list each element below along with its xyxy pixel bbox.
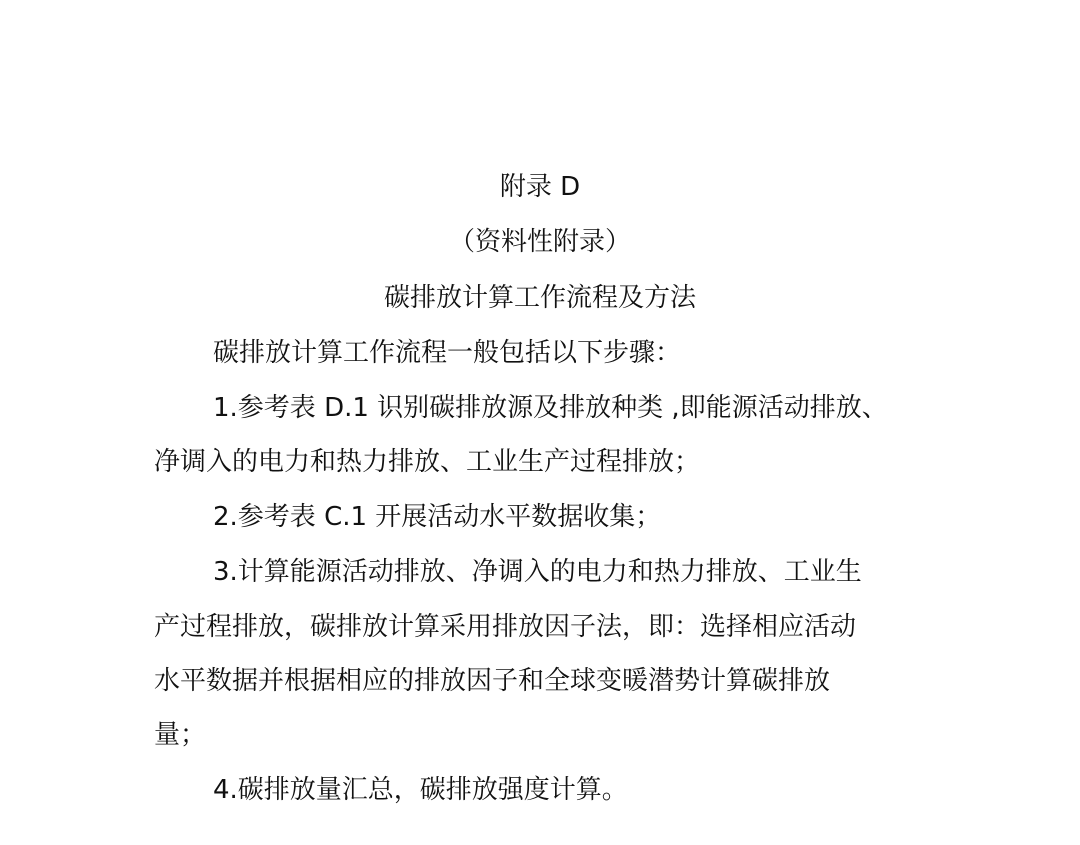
- section-title: 碳排放计算工作流程及方法: [0, 281, 1080, 315]
- document-page: 附录 D （资料性附录） 碳排放计算工作流程及方法 碳排放计算工作流程一般包括以…: [0, 0, 1080, 845]
- step-3-line-3: 水平数据并根据相应的排放因子和全球变暖潜势计算碳排放: [154, 664, 830, 698]
- step-3-line-1: 3.计算能源活动排放、净调入的电力和热力排放、工业生: [213, 555, 862, 589]
- appendix-type: （资料性附录）: [0, 225, 1080, 259]
- step-1-line-2: 净调入的电力和热力排放、工业生产过程排放；: [154, 445, 700, 479]
- step-4-line-1: 4.碳排放量汇总，碳排放强度计算。: [213, 773, 628, 807]
- appendix-title: 附录 D: [0, 170, 1080, 204]
- step-1-line-1: 1.参考表 D.1 识别碳排放源及排放种类 ,即能源活动排放、: [213, 391, 888, 425]
- step-2-line-1: 2.参考表 C.1 开展活动水平数据收集；: [213, 500, 661, 534]
- intro-paragraph: 碳排放计算工作流程一般包括以下步骤：: [213, 336, 681, 370]
- step-3-line-4: 量；: [154, 718, 206, 752]
- step-3-line-2: 产过程排放，碳排放计算采用排放因子法，即：选择相应活动: [154, 610, 856, 644]
